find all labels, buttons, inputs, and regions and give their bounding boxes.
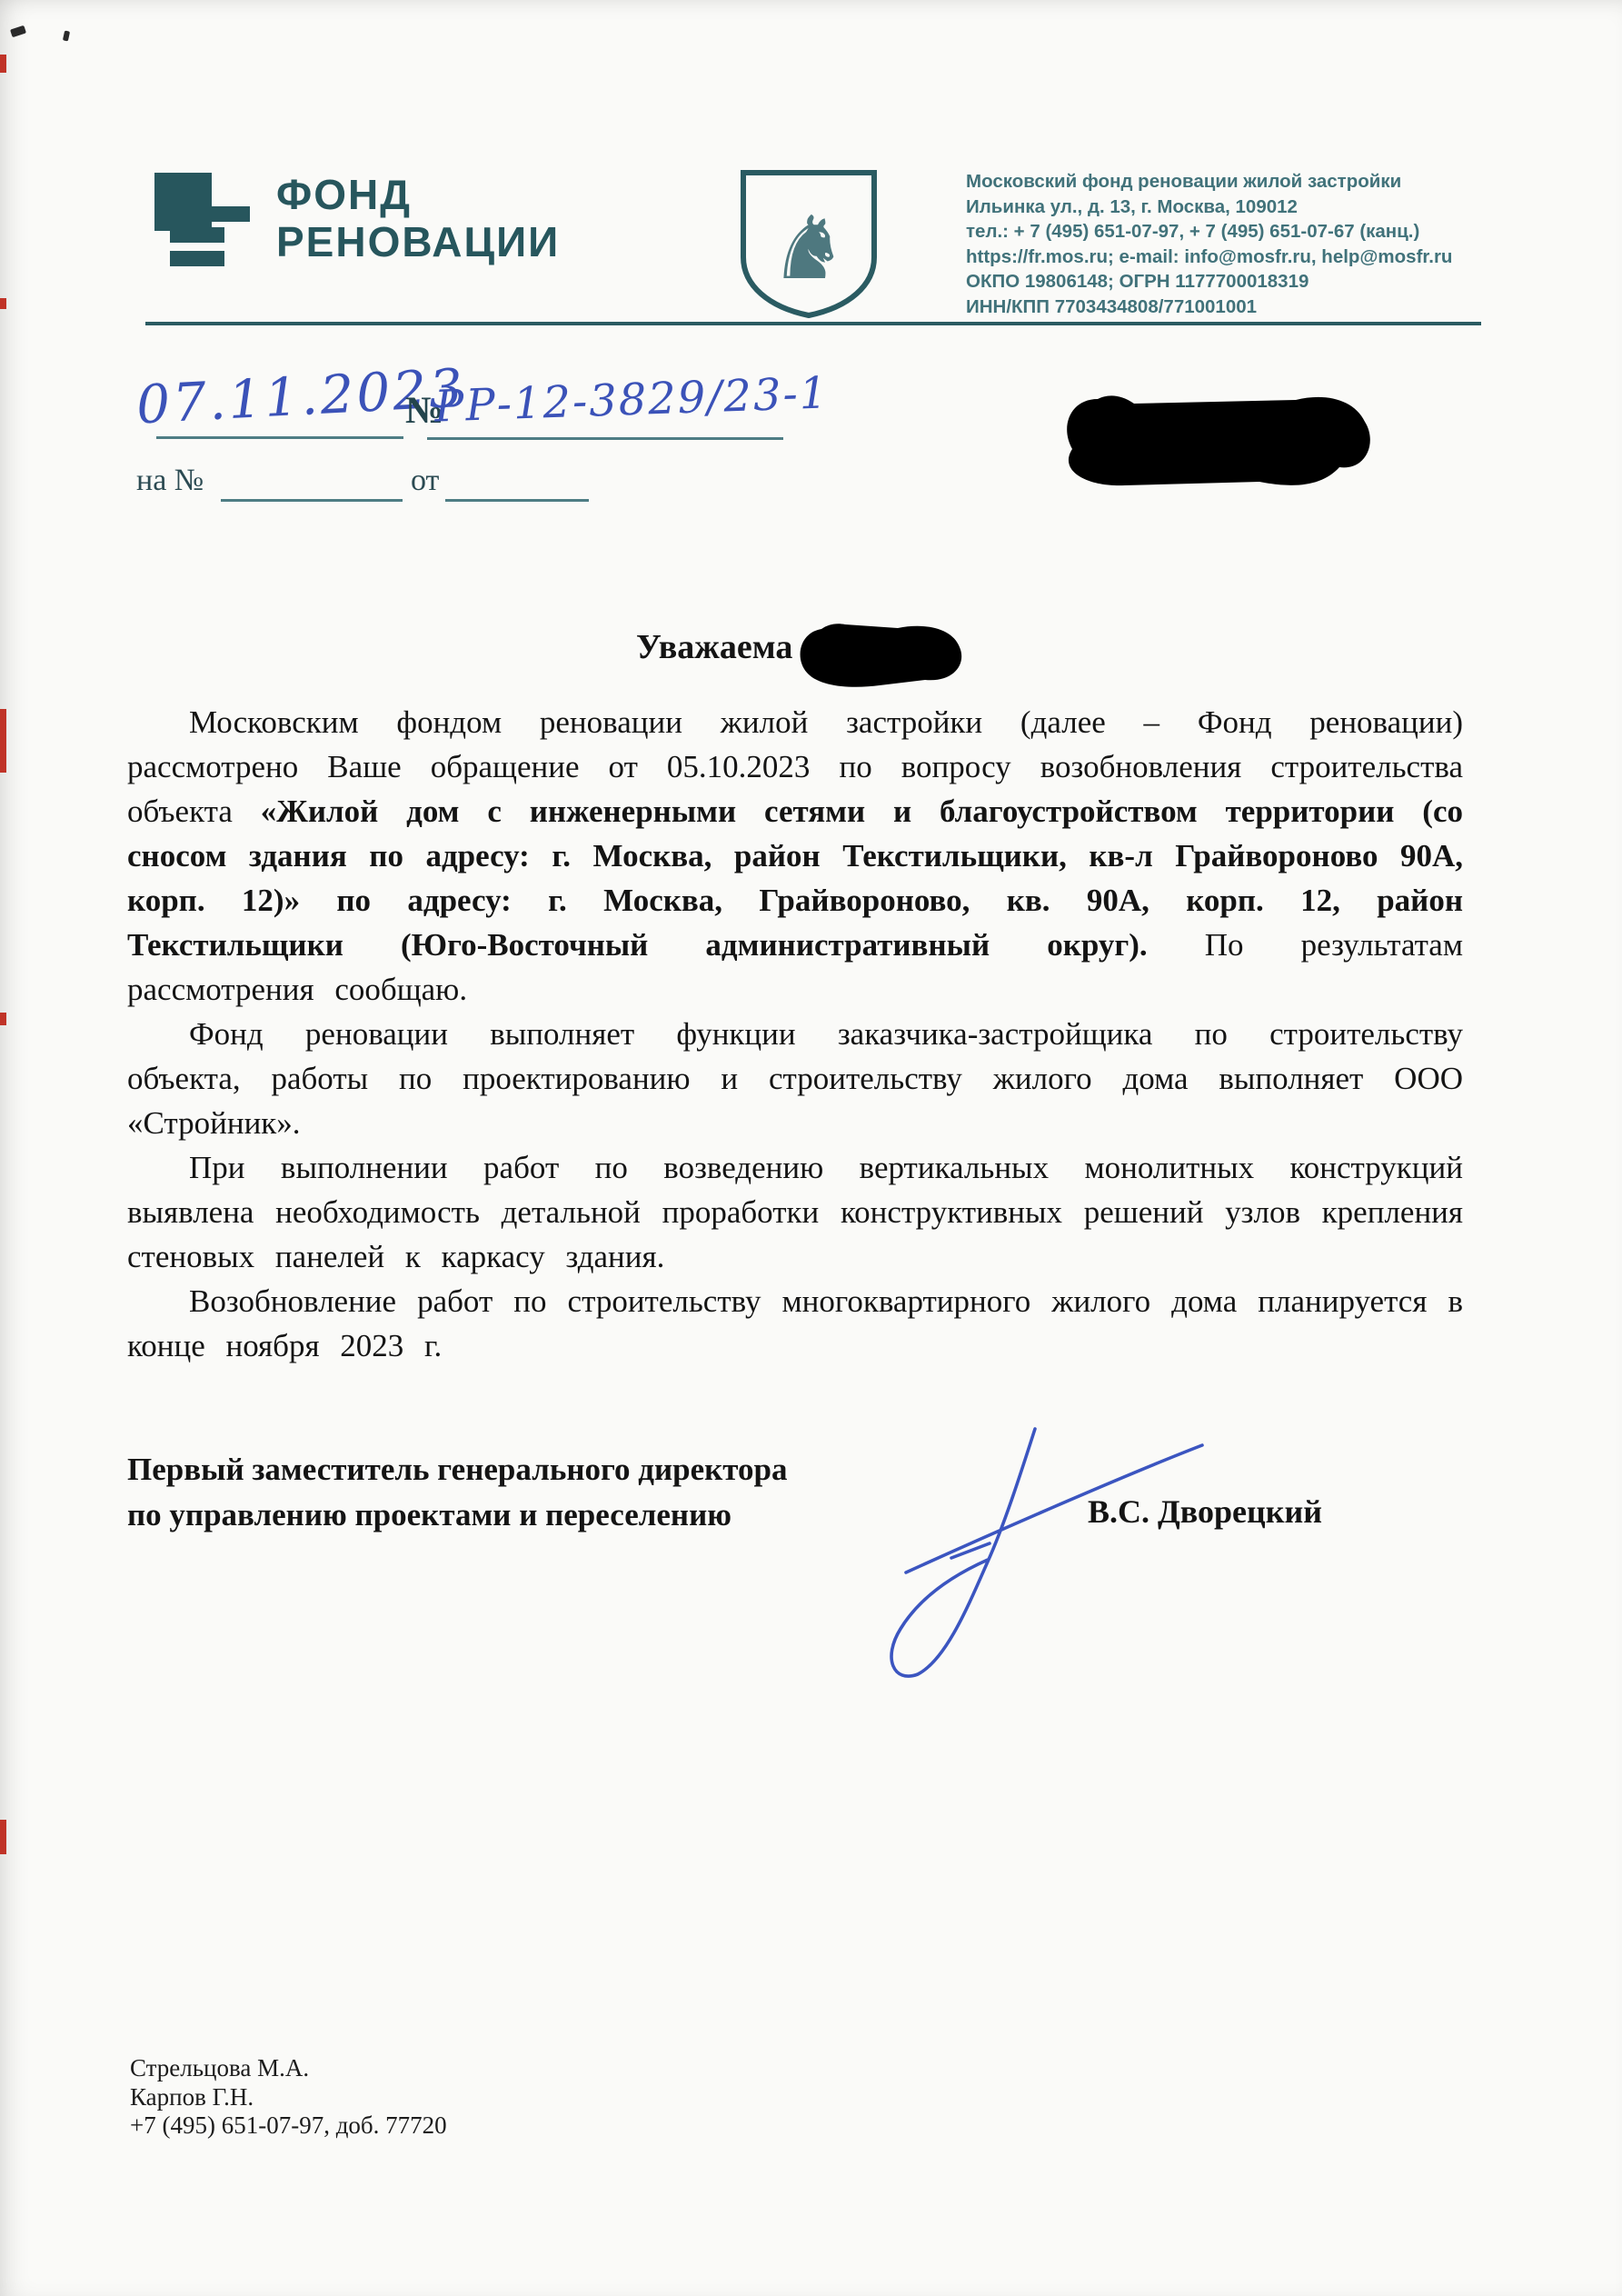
paragraph-4: Возобновление работ по строительству мно… — [127, 1279, 1463, 1368]
scanned-letter-page: ФОНД РЕНОВАЦИИ ♞ Московский фонд реновац… — [0, 0, 1622, 2296]
salutation-text: Уважаема — [636, 628, 792, 666]
contact-line: https://fr.mos.ru; e-mail: info@mosfr.ru… — [966, 245, 1452, 270]
contact-line: ОКПО 19806148; ОГРН 1177700018319 — [966, 269, 1452, 294]
org-contact-block: Московский фонд реновации жилой застройк… — [966, 169, 1452, 319]
executor-footer: Стрельцова М.А. Карпов Г.Н. +7 (495) 651… — [130, 2054, 447, 2141]
handwritten-signature — [868, 1420, 1213, 1692]
signer-title: Первый заместитель генерального директор… — [127, 1447, 788, 1538]
logo-line-2: РЕНОВАЦИИ — [276, 218, 560, 265]
reply-to-underline — [221, 499, 403, 502]
header-divider — [145, 322, 1481, 325]
contact-line: тел.: + 7 (495) 651-07-97, + 7 (495) 651… — [966, 219, 1452, 245]
letter-body: Московским фондом реновации жилой застро… — [127, 700, 1463, 1368]
paragraph-3: При выполнении работ по возведению верти… — [127, 1145, 1463, 1279]
logo-line-1: ФОНД — [276, 171, 560, 218]
paragraph-2-text: Фонд реновации выполняет функции заказчи… — [127, 1016, 1463, 1141]
paragraph-2: Фонд реновации выполняет функции заказчи… — [127, 1012, 1463, 1145]
st-george-horseman-glyph: ♞ — [770, 197, 848, 299]
paragraph-3-text: При выполнении работ по возведению верти… — [127, 1150, 1463, 1274]
scan-edge-mark — [0, 298, 6, 309]
scan-edge-mark — [0, 1013, 6, 1025]
scan-edge-mark — [0, 1820, 6, 1854]
logo-text: ФОНД РЕНОВАЦИИ — [276, 171, 560, 265]
contact-line: Московский фонд реновации жилой застройк… — [966, 169, 1452, 195]
ink-speck — [10, 25, 26, 38]
salutation-line: Уважаема — [636, 627, 792, 667]
executor-phone: +7 (495) 651-07-97, доб. 77720 — [130, 2111, 447, 2141]
executor-name: Карпов Г.Н. — [130, 2083, 447, 2112]
ink-speck — [63, 30, 70, 41]
reply-to-label: на № — [136, 464, 204, 498]
from-underline — [445, 499, 589, 502]
moscow-coat-of-arms-icon: ♞ — [738, 169, 880, 322]
contact-line: Ильинка ул., д. 13, г. Москва, 109012 — [966, 195, 1452, 220]
executor-name: Стрельцова М.А. — [130, 2054, 447, 2083]
handwritten-number: РР-12-3829/23-1 — [433, 367, 830, 432]
signer-title-line-1: Первый заместитель генерального директор… — [127, 1447, 788, 1492]
signer-name: В.С. Дворецкий — [1088, 1492, 1322, 1531]
scan-edge-mark — [0, 709, 6, 773]
date-underline — [156, 436, 403, 439]
redaction-blob-addressee — [1052, 385, 1378, 498]
scan-edge-mark — [0, 55, 6, 73]
fund-renovation-logo: ФОНД РЕНОВАЦИИ — [154, 173, 560, 269]
contact-line: ИНН/КПП 7703434808/771001001 — [966, 294, 1452, 320]
logo-mark-icon — [154, 173, 251, 269]
number-underline — [427, 437, 783, 440]
paragraph-4-text: Возобновление работ по строительству мно… — [127, 1283, 1463, 1363]
paragraph-1: Московским фондом реновации жилой застро… — [127, 700, 1463, 1012]
signer-title-line-2: по управлению проектами и переселению — [127, 1492, 788, 1538]
redaction-blob-name — [789, 613, 969, 691]
from-label: от — [411, 464, 439, 498]
